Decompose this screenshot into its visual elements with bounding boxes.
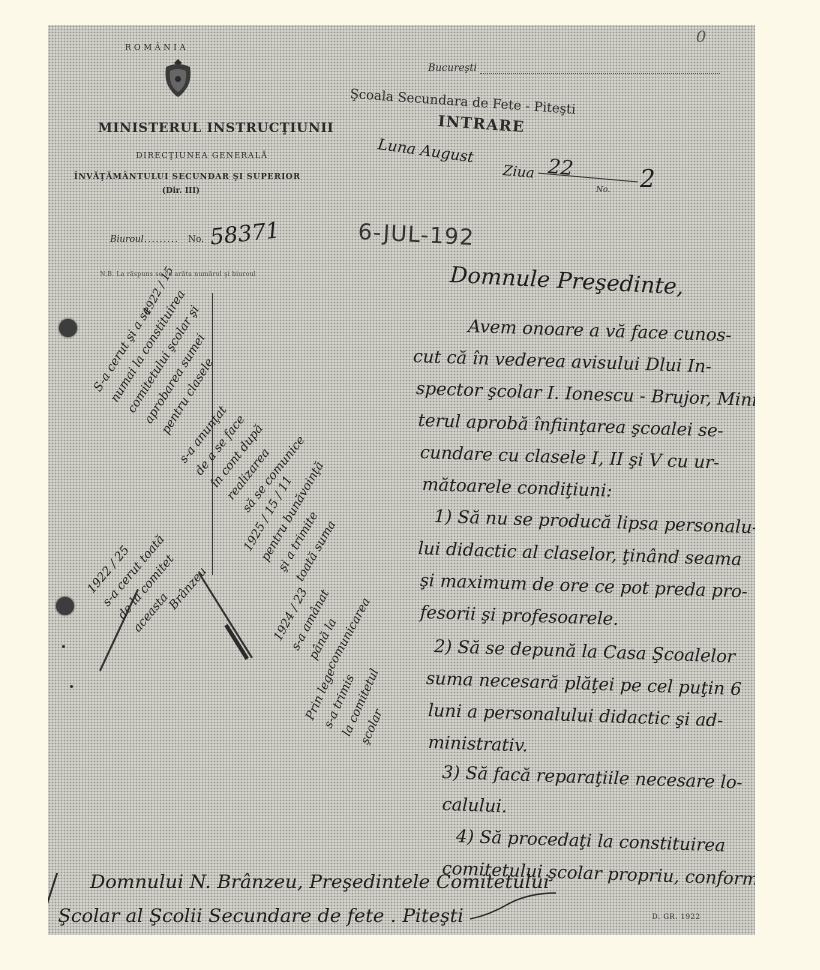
letterhead-dots: ......... (144, 235, 179, 245)
flourish-stroke (468, 891, 558, 921)
registry-city: Bucureşti (428, 63, 477, 74)
letterhead-footnote: N.B. La răspuns se va arăta numărul şi b… (100, 271, 256, 278)
letterhead-number-value: 58371 (209, 218, 281, 250)
letterhead-direction: DIRECŢIUNEA GENERALĂ (136, 151, 268, 160)
margin-note-block: 1922 / 25 s-a cerut toată de la comitet … (82, 517, 200, 636)
letter-line: Avem onoare a vă face cunos- (468, 317, 732, 346)
registry-city-dotted-line (480, 65, 720, 74)
letterhead-office-label: Biuroul (110, 235, 144, 245)
letter-line: calului. (442, 795, 508, 817)
letter-line: mătoarele condiţiuni: (422, 475, 613, 502)
letterhead-direction-code: (Dir. III) (162, 185, 200, 195)
registry-month: Luna August (377, 135, 475, 166)
margin-note-block: 1924 / 23 s-a amânat până la comunicarea (268, 566, 375, 673)
pen-stroke (198, 572, 253, 658)
letterhead-division: ÎNVĂŢĂMÂNTULUI SECUNDAR ŞI SUPERIOR (74, 171, 300, 181)
address-line-1: Domnului N. Brânzeu, Preşedintele Comite… (90, 871, 549, 893)
letter-line: 1) Să nu se producă lipsa personalu- (434, 507, 755, 538)
date-stamp: 6-JUL-192 (357, 220, 475, 251)
scanned-letter-paper: ROMÂNIA MINISTERUL INSTRUCŢIUNII DIRECŢI… (48, 25, 755, 935)
registry-month-label: Luna (377, 135, 417, 158)
address-line-2: Şcolar al Şcolii Secundare de fete . Pit… (58, 905, 464, 927)
registry-stamp-intrare: INTRARE (437, 112, 525, 136)
letter-line: spector şcolar I. Ionescu - Brujor, Mini… (416, 379, 755, 411)
letterhead-country: ROMÂNIA (125, 43, 189, 52)
letterhead-number-label: No. (188, 235, 204, 245)
letter-line: luni a personalului didactic şi ad- (428, 701, 724, 731)
punch-hole (56, 597, 74, 615)
coat-of-arms-icon (160, 57, 196, 99)
punch-hole (59, 319, 77, 337)
registry-day-label: Ziua (502, 163, 535, 182)
corner-mark: 0 (696, 27, 706, 46)
letter-salutation: Domnule Preşedinte, (449, 263, 684, 300)
letter-line: lui didactic al claselor, ţinând seama (418, 539, 742, 570)
registry-number-label: No. (596, 185, 610, 194)
letter-line: şi maximum de ore ce pot preda pro- (420, 571, 748, 602)
registry-number: 2 (640, 165, 655, 193)
letter-line: cut că în vederea avisului Dlui In- (413, 347, 712, 377)
letter-line: suma necesară plăţei pe cel puţin 6 (426, 669, 742, 700)
printer-mark: D. GR. 1922 (652, 913, 700, 921)
margin-note-block: Prin lege s-a trimis la comitetul şcolar (300, 649, 402, 748)
letter-line: terul aprobă înfiinţarea şcoalei se- (418, 411, 724, 442)
ink-speck (70, 685, 73, 688)
registry-month-value: August (419, 141, 474, 166)
letter-line: cundare cu clasele I, II şi V cu ur- (420, 443, 720, 473)
letter-line: 2) Să se depună la Casa Şcoalelor (434, 637, 736, 668)
letter-line: ministrativ. (428, 733, 529, 756)
letter-line: 3) Să facă reparaţiile necesare lo- (442, 763, 743, 793)
ink-speck (62, 645, 65, 648)
letterhead-ministry: MINISTERUL INSTRUCŢIUNII (98, 121, 334, 136)
letter-line: fesorii şi profesoarele. (420, 603, 619, 630)
letter-line: 4) Să procedaţi la constituirea (456, 827, 726, 856)
pen-stroke (224, 624, 249, 660)
